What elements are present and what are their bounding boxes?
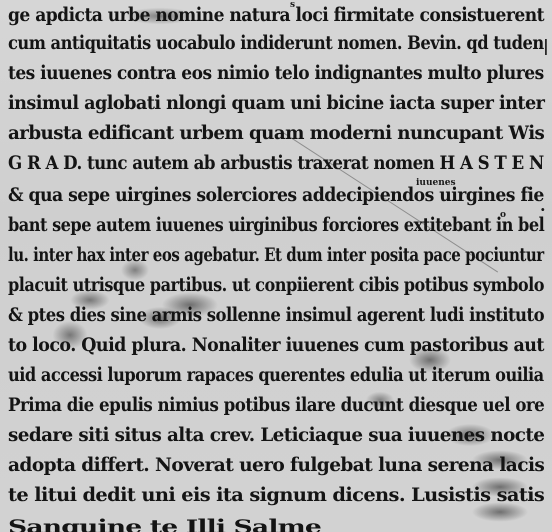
manuscript-line: sedare siti situs alta crev. Leticiaque …: [8, 426, 544, 445]
manuscript-line: adopta differt. Noverat uero fulgebat lu…: [8, 456, 544, 475]
interlinear-gloss: iuuenes: [416, 178, 456, 188]
manuscript-line: Prima die epulis nimius potibus ilare du…: [8, 396, 544, 415]
manuscript-line: arbusta edificant urbem quam moderni nun…: [8, 124, 544, 143]
interlinear-gloss: o: [500, 210, 506, 220]
manuscript-line: uid accessi luporum rapaces querentes ed…: [8, 366, 544, 385]
margin-mark: ·: [540, 200, 546, 219]
manuscript-line: cum antiquitatis uocabulo indiderunt nom…: [8, 34, 544, 53]
manuscript-page: ge apdicta urbe nomine natura loci firmi…: [0, 0, 552, 532]
manuscript-line: placuit utrisque partibus. ut conpiieren…: [8, 276, 544, 295]
manuscript-line: lu. inter hax inter eos agebatur. Et dum…: [8, 246, 544, 265]
manuscript-line: & qua sepe uirgines solerciores addecipi…: [8, 186, 544, 205]
manuscript-line: Sanguine te Illi Salme: [8, 518, 321, 532]
manuscript-line: to loco. Quid plura. Nonaliter iuuenes c…: [8, 336, 544, 355]
interlinear-gloss: s: [290, 0, 295, 10]
manuscript-line: ge apdicta urbe nomine natura loci firmi…: [8, 6, 544, 25]
manuscript-line: te litui dedit uni eis ita signum dicens…: [8, 486, 544, 505]
manuscript-line: insimul aglobati nlongi quam uni bicine …: [8, 94, 544, 113]
manuscript-line: G R A D. tunc autem ab arbustis traxerat…: [8, 154, 544, 173]
manuscript-line: bant sepe autem iuuenes uirginibus forci…: [8, 216, 544, 235]
margin-mark: |: [543, 36, 549, 55]
manuscript-line: tes iuuenes contra eos nimio telo indign…: [8, 64, 544, 83]
manuscript-line: & ptes dies sine armis sollenne insimul …: [8, 306, 544, 325]
